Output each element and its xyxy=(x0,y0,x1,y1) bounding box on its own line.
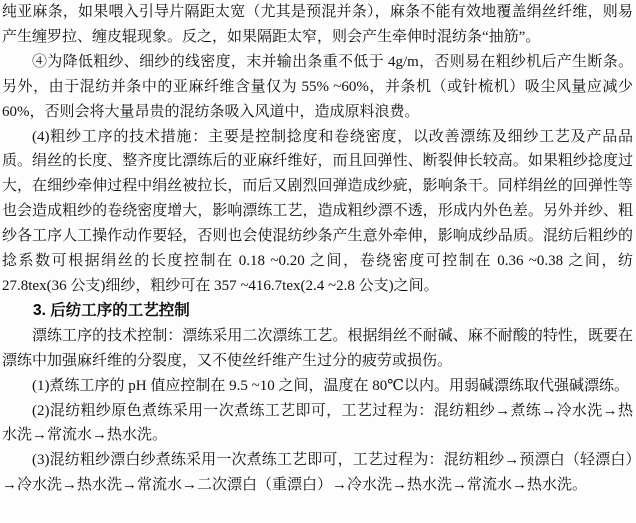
paragraph-item4-linear-density: ④为降低粗纱、细纱的线密度，末并输出条重不低于 4g/m，否则易在粗纱机后产生断… xyxy=(2,50,633,125)
paragraph-flax-sliver-continuation: 纯亚麻条，如果喂入引导片隔距太宽（尤其是预混并条），麻条不能有效地覆盖绢丝纤维，… xyxy=(2,0,633,50)
paragraph-bleaching-technical-control: 漂练工序的技术控制：漂练采用二次漂练工艺。根据绢丝不耐碱、麻不耐酸的特性，既要在… xyxy=(2,324,633,374)
section-heading-post-spinning-control: 3. 后纺工序的工艺控制 xyxy=(2,299,633,324)
document-page: 纯亚麻条，如果喂入引导片隔距太宽（尤其是预混并条），麻条不能有效地覆盖绢丝纤维，… xyxy=(0,0,636,523)
paragraph-item2-natural-color-process: (2)混纺粗纱原色煮练采用一次煮练工艺即可，工艺过程为：混纺粗纱→煮练→冷水洗→… xyxy=(2,399,633,449)
paragraph-item3-bleached-yarn-process: (3)混纺粗纱漂白纱煮练采用一次煮练工艺即可，工艺过程为：混纺粗纱→预漂白（轻漂… xyxy=(2,448,633,498)
paragraph-item1-scouring-ph: (1)煮练工序的 pH 值应控制在 9.5 ~10 之间，温度在 80℃以内。用… xyxy=(2,374,633,399)
paragraph-roving-process-measures: (4)粗纱工序的技术措施：主要是控制捻度和卷绕密度，以改善漂练及细纱工艺及产品品… xyxy=(2,125,633,299)
